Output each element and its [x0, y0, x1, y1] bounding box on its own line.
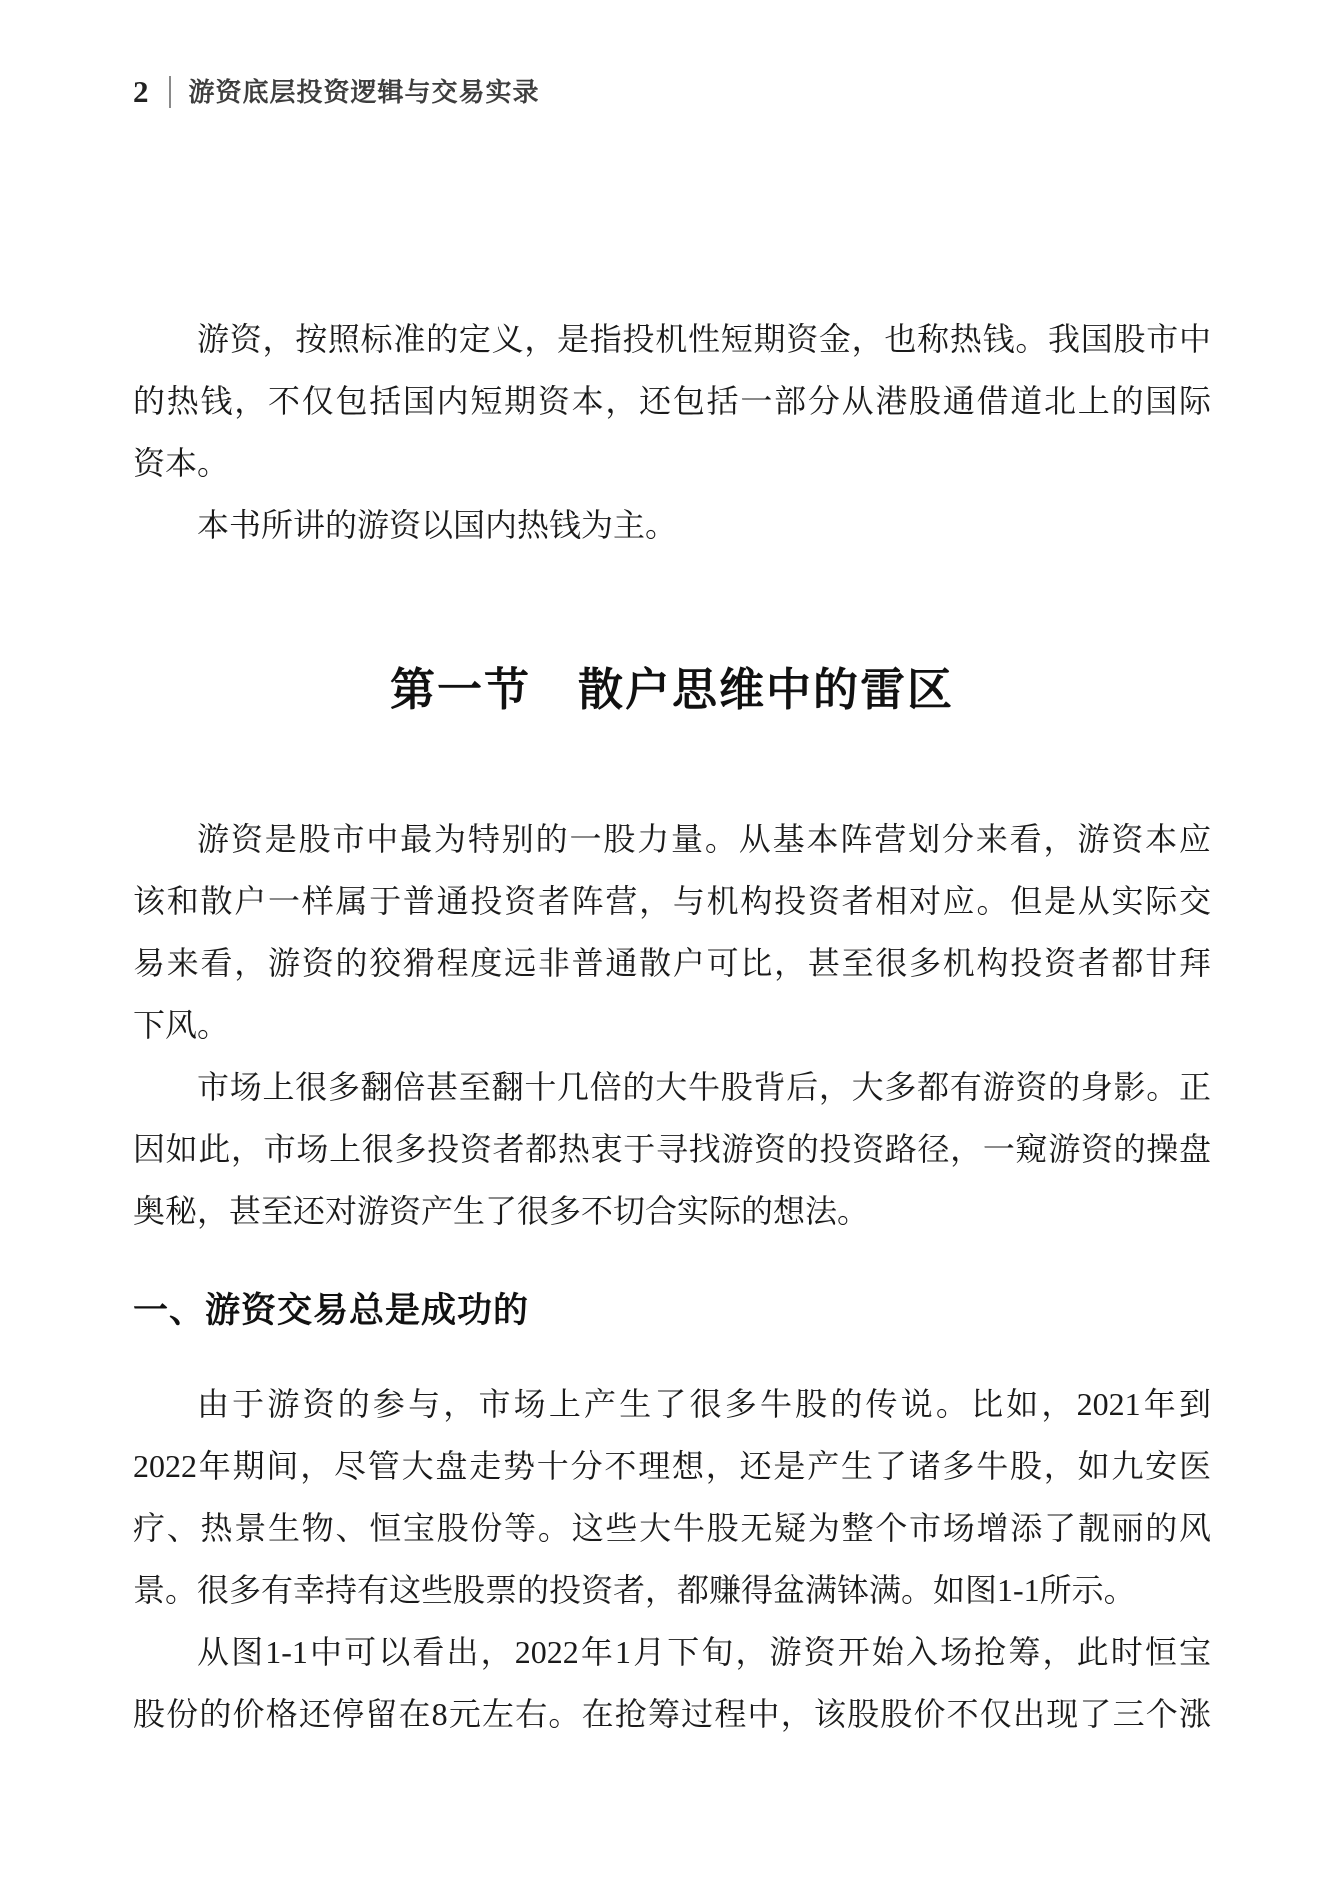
page-number: 2	[133, 74, 149, 110]
page-content: 游资，按照标准的定义，是指投机性短期资金，也称热钱。我国股市中 的热钱，不仅包括…	[133, 308, 1211, 1745]
book-page: 2 游资底层投资逻辑与交易实录 游资，按照标准的定义，是指投机性短期资金，也称热…	[0, 0, 1339, 1890]
paragraph-line: 游资是股市中最为特别的一股力量。从基本阵营划分来看，游资本应	[133, 808, 1211, 870]
subsection-heading: 一、游资交易总是成功的	[133, 1284, 1211, 1338]
running-header: 2 游资底层投资逻辑与交易实录	[133, 74, 540, 110]
paragraph-line: 易来看，游资的狡猾程度远非普通散户可比，甚至很多机构投资者都甘拜	[133, 932, 1211, 994]
paragraph-line: 游资，按照标准的定义，是指投机性短期资金，也称热钱。我国股市中	[133, 308, 1211, 370]
paragraph: 从图1-1中可以看出，2022年1月下旬，游资开始入场抢筹，此时恒宝 股份的价格…	[133, 1621, 1211, 1745]
paragraph-line: 奥秘，甚至还对游资产生了很多不切合实际的想法。	[133, 1180, 1211, 1242]
book-title: 游资底层投资逻辑与交易实录	[189, 74, 540, 110]
paragraph-line: 景。很多有幸持有这些股票的投资者，都赚得盆满钵满。如图1-1所示。	[133, 1559, 1211, 1621]
paragraph-line: 资本。	[133, 432, 1211, 494]
paragraph-line: 2022年期间，尽管大盘走势十分不理想，还是产生了诸多牛股，如九安医	[133, 1435, 1211, 1497]
paragraph-line: 从图1-1中可以看出，2022年1月下旬，游资开始入场抢筹，此时恒宝	[133, 1621, 1211, 1683]
header-divider	[169, 76, 171, 108]
paragraph-line: 该和散户一样属于普通投资者阵营，与机构投资者相对应。但是从实际交	[133, 870, 1211, 932]
paragraph-line: 市场上很多翻倍甚至翻十几倍的大牛股背后，大多都有游资的身影。正	[133, 1056, 1211, 1118]
paragraph: 本书所讲的游资以国内热钱为主。	[133, 494, 1211, 556]
paragraph-line: 股份的价格还停留在8元左右。在抢筹过程中，该股股价不仅出现了三个涨	[133, 1683, 1211, 1745]
paragraph-line: 下风。	[133, 994, 1211, 1056]
paragraph: 市场上很多翻倍甚至翻十几倍的大牛股背后，大多都有游资的身影。正 因如此，市场上很…	[133, 1056, 1211, 1242]
paragraph-line: 本书所讲的游资以国内热钱为主。	[133, 494, 1211, 556]
paragraph: 游资是股市中最为特别的一股力量。从基本阵营划分来看，游资本应 该和散户一样属于普…	[133, 808, 1211, 1056]
paragraph-line: 因如此，市场上很多投资者都热衷于寻找游资的投资路径，一窥游资的操盘	[133, 1118, 1211, 1180]
paragraph: 游资，按照标准的定义，是指投机性短期资金，也称热钱。我国股市中 的热钱，不仅包括…	[133, 308, 1211, 494]
paragraph-line: 的热钱，不仅包括国内短期资本，还包括一部分从港股通借道北上的国际	[133, 370, 1211, 432]
paragraph-line: 由于游资的参与，市场上产生了很多牛股的传说。比如，2021年到	[133, 1373, 1211, 1435]
paragraph: 由于游资的参与，市场上产生了很多牛股的传说。比如，2021年到 2022年期间，…	[133, 1373, 1211, 1621]
section-heading: 第一节 散户思维中的雷区	[133, 655, 1211, 725]
paragraph-line: 疗、热景生物、恒宝股份等。这些大牛股无疑为整个市场增添了靓丽的风	[133, 1497, 1211, 1559]
